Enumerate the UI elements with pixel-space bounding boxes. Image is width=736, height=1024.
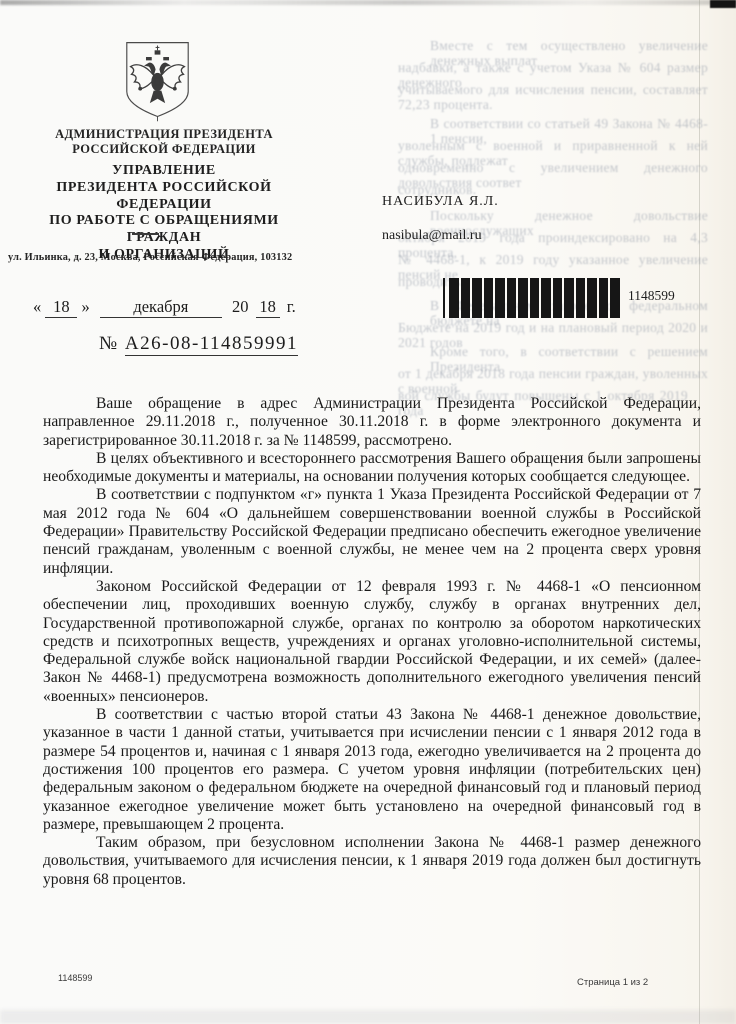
date-close-quote: » [82, 297, 90, 316]
department-line: УПРАВЛЕНИЕ [18, 163, 310, 180]
org-name-line1: АДМИНИСТРАЦИЯ ПРЕЗИДЕНТА [18, 127, 310, 142]
date-month: декабря [100, 297, 222, 318]
barcode-bar [564, 278, 574, 318]
letterhead-divider-dash [132, 233, 159, 235]
body-paragraph: В соответствии с подпунктом «г» пункта 1… [43, 486, 701, 577]
barcode-bar [507, 278, 517, 318]
doc-number-line: № А26-08-114859991 [99, 333, 298, 355]
date-line: « 18 » декабря 20 18 г. [33, 297, 296, 318]
barcode-bar [443, 278, 445, 318]
barcode-bar [599, 278, 609, 318]
date-open-quote: « [33, 297, 41, 316]
barcode-bar [610, 278, 620, 318]
barcode-bar [553, 278, 563, 318]
department-name-block: УПРАВЛЕНИЕ ПРЕЗИДЕНТА РОССИЙСКОЙ ФЕДЕРАЦ… [18, 163, 310, 264]
date-era: г. [287, 297, 296, 316]
date-day: 18 [45, 297, 77, 318]
letterhead-address: ул. Ильинка, д. 23, Москва, Российская Ф… [8, 252, 308, 263]
department-line: ПРЕЗИДЕНТА РОССИЙСКОЙ ФЕДЕРАЦИИ [18, 180, 310, 214]
barcode [443, 278, 620, 318]
doc-number-label: № [99, 333, 119, 354]
barcode-bar [576, 278, 586, 318]
doc-number-value: А26-08-114859991 [125, 333, 298, 356]
coat-of-arms-icon [122, 38, 193, 124]
scanned-letter-page: Вместе с тем осуществлено увеличение ден… [0, 0, 736, 1024]
footer-registration-number: 1148599 [58, 973, 92, 983]
barcode-bar [484, 278, 494, 318]
date-year-prefix: 20 [232, 297, 249, 316]
body-paragraph: В целях объективного и всестороннего рас… [43, 450, 701, 487]
barcode-bar [495, 278, 505, 318]
barcode-bar [472, 278, 482, 318]
barcode-number: 1148599 [628, 288, 675, 304]
barcode-bar [587, 278, 597, 318]
date-year-suffix: 18 [256, 297, 280, 318]
addressee-name: НАСИБУЛА Я.Л. [382, 194, 499, 210]
body-paragraph: Таким образом, при безусловном исполнени… [43, 834, 701, 889]
footer-page-indicator: Страница 1 из 2 [577, 977, 648, 988]
barcode-bar [518, 278, 528, 318]
barcode-bar [541, 278, 551, 318]
body-paragraph: Законом Российской Федерации от 12 февра… [43, 578, 701, 706]
org-name-block: АДМИНИСТРАЦИЯ ПРЕЗИДЕНТА РОССИЙСКОЙ ФЕДЕ… [18, 127, 310, 157]
body-paragraph: В соответствии с частью второй статьи 43… [43, 706, 701, 834]
barcode-bar [449, 278, 459, 318]
letter-body: Ваше обращение в адрес Администрации Пре… [43, 395, 701, 889]
letter-content: АДМИНИСТРАЦИЯ ПРЕЗИДЕНТА РОССИЙСКОЙ ФЕДЕ… [0, 0, 736, 1024]
barcode-bar [530, 278, 540, 318]
department-line: ПО РАБОТЕ С ОБРАЩЕНИЯМИ ГРАЖДАН [18, 213, 310, 247]
body-paragraph: Ваше обращение в адрес Администрации Пре… [43, 395, 701, 450]
barcode-bar [461, 278, 471, 318]
addressee-email: nasibula@mail.ru [382, 228, 482, 244]
org-name-line2: РОССИЙСКОЙ ФЕДЕРАЦИИ [18, 142, 310, 157]
